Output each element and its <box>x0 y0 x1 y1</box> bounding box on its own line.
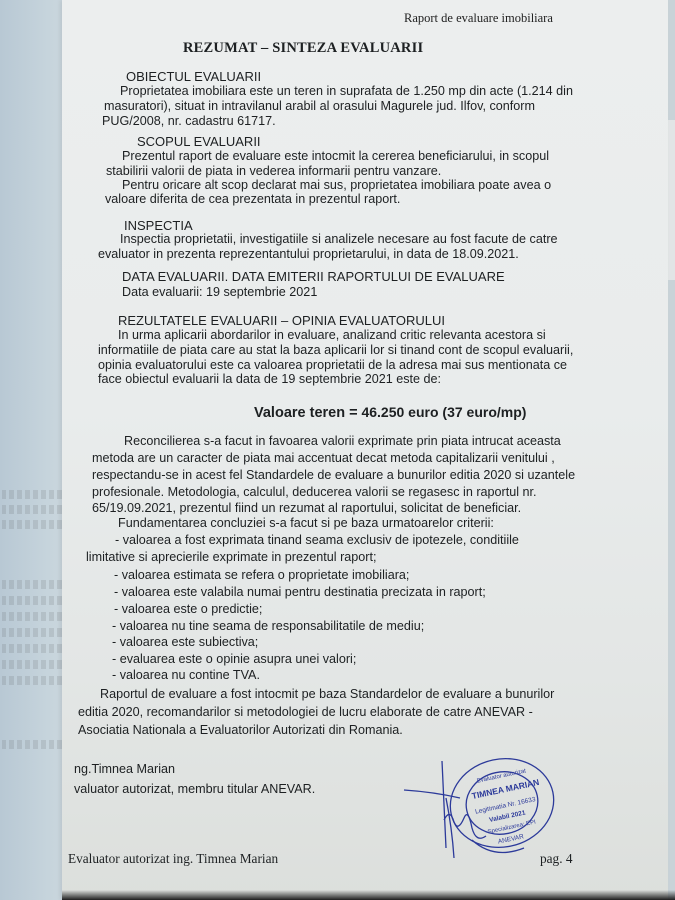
paragraph-line: metoda are un caracter de piata mai acce… <box>92 451 555 466</box>
paragraph-line: Fundamentarea concluziei s-a facut si pe… <box>118 516 494 531</box>
paragraph-line: editia 2020, recomandarilor si metodolog… <box>78 705 533 720</box>
signer-role: valuator autorizat, membru titular ANEVA… <box>74 782 315 796</box>
section-heading-scopul: SCOPUL EVALUARII <box>137 134 261 149</box>
paragraph-line: masuratori), situat in intravilanul arab… <box>104 99 535 114</box>
criteria-item: - valoarea a fost exprimata tinand seama… <box>115 533 519 548</box>
criteria-item: limitative si aprecierile exprimate in p… <box>86 550 376 565</box>
valuation-amount: 46.250 euro (37 euro/mp) <box>361 404 526 420</box>
page-edge-shadow <box>62 890 675 900</box>
paragraph-line: stabilirii valorii de piata in vederea i… <box>106 164 441 179</box>
section-heading-inspectia: INSPECTIA <box>124 218 193 233</box>
page-number: pag. 4 <box>540 851 573 867</box>
paragraph-line: Reconcilierea s-a facut in favoarea valo… <box>124 434 561 449</box>
criteria-item: - valoarea este o predictie; <box>114 602 262 617</box>
paragraph-line: informatiile de piata care au stat la ba… <box>98 343 573 358</box>
section-heading-rezultate: REZULTATELE EVALUARII – OPINIA EVALUATOR… <box>118 313 445 328</box>
criteria-item: - valoarea nu contine TVA. <box>112 668 260 683</box>
paragraph-line: valoare diferita de cea prezentata in pr… <box>105 192 400 207</box>
criteria-item: - valoarea estimata se refera o propriet… <box>114 568 409 583</box>
paragraph-line: PUG/2008, nr. cadastru 61717. <box>102 114 276 129</box>
criteria-item: - valoarea este subiectiva; <box>112 635 258 650</box>
valuation-result: Valoare teren = 46.250 euro (37 euro/mp) <box>254 404 526 421</box>
criteria-item: - valoarea este valabila numai pentru de… <box>114 585 486 600</box>
paragraph-line: In urma aplicarii abordarilor in evaluar… <box>118 328 546 343</box>
paragraph-line: Pentru oricare alt scop declarat mai sus… <box>122 178 551 193</box>
paragraph-line: Asociatia Nationala a Evaluatorilor Auto… <box>78 723 403 738</box>
paragraph-line: Proprietatea imobiliara este un teren in… <box>120 84 573 99</box>
valuation-label: Valoare teren = <box>254 405 358 421</box>
running-header: Raport de evaluare imobiliara <box>404 11 553 26</box>
paragraph-line: Data evaluarii: 19 septembrie 2021 <box>122 285 317 300</box>
document-page: Raport de evaluare imobiliara REZUMAT – … <box>62 0 668 900</box>
criteria-item: - valoarea nu tine seama de responsabili… <box>112 619 424 634</box>
paragraph-line: 65/19.09.2021, prezentul fiind un rezuma… <box>92 501 521 516</box>
section-heading-obiectul: OBIECTUL EVALUARII <box>126 69 261 84</box>
paragraph-line: evaluator in prezenta reprezentantului p… <box>98 247 519 262</box>
paragraph-line: profesionale. Metodologia, calculul, ded… <box>92 485 537 500</box>
paragraph-line: respectandu-se in acest fel Standardele … <box>92 468 575 483</box>
paragraph-line: Inspectia proprietatii, investigatiile s… <box>120 232 558 247</box>
paragraph-line: Prezentul raport de evaluare este intocm… <box>122 149 549 164</box>
section-heading-data: DATA EVALUARII. DATA EMITERII RAPORTULUI… <box>122 269 505 284</box>
page-title: REZUMAT – SINTEZA EVALUARII <box>183 40 423 57</box>
signer-name: ng.Timnea Marian <box>74 762 175 776</box>
paragraph-line: Raportul de evaluare a fost intocmit pe … <box>100 687 554 702</box>
paragraph-line: opinia evaluatorului este ca valoarea pr… <box>98 358 567 373</box>
criteria-item: - evaluarea este o opinie asupra unei va… <box>112 652 356 667</box>
evaluator-stamp: Evaluator autorizat TIMNEA MARIAN Legiti… <box>394 748 569 863</box>
page-footer-author: Evaluator autorizat ing. Timnea Marian <box>68 851 278 867</box>
paragraph-line: face obiectul evaluarii la data de 19 se… <box>98 372 441 387</box>
